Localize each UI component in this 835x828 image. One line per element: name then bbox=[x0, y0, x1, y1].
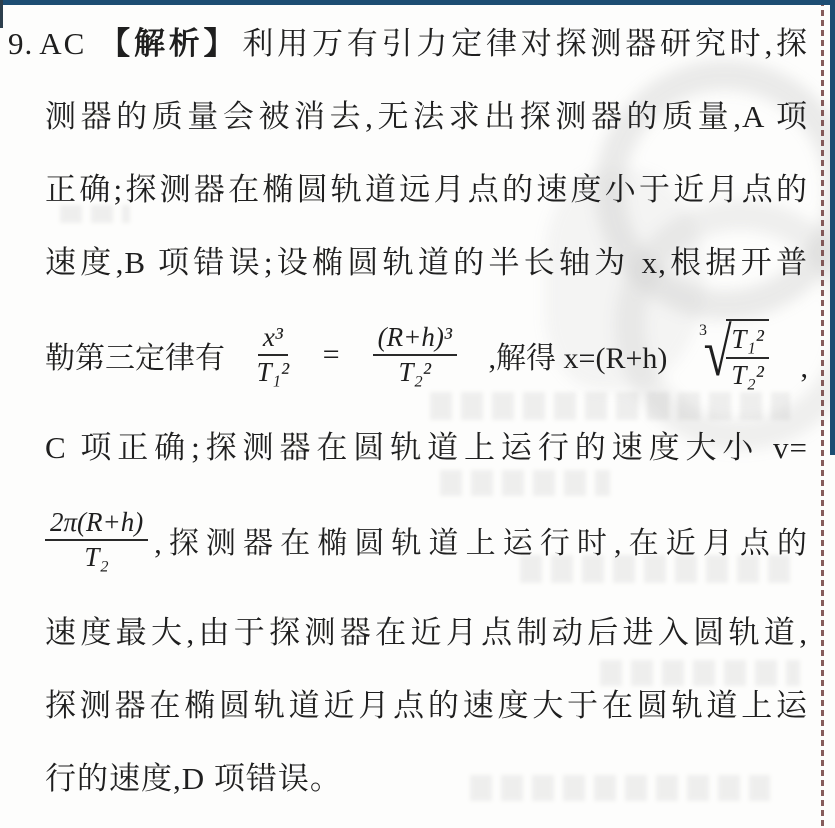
formula-rest-text: ,探测器在椭圆轨道上运行时,在近月点的 bbox=[154, 518, 808, 562]
column-divider-dashed-line bbox=[821, 0, 824, 828]
fraction-2piRh-T2: 2π(R+h)T₂ bbox=[45, 507, 148, 573]
velocity-formula-line: 2π(R+h)T₂ ,探测器在椭圆轨道上运行时,在近月点的 bbox=[8, 484, 808, 596]
fraction-x3-T1: x³T₁² bbox=[257, 322, 290, 388]
solution-line-1: 9.AC【解析】利用万有引力定律对探测器研究时,探 bbox=[8, 7, 808, 80]
solution-text-block: 9.AC【解析】利用万有引力定律对探测器研究时,探 测器的质量会被消去,无法求出… bbox=[8, 7, 808, 815]
scan-right-edge bbox=[830, 0, 835, 455]
solution-line-4: 速度,B 项错误;设椭圆轨道的半长轴为 x,根据开普 bbox=[8, 226, 808, 299]
radical-sign-icon: √ bbox=[704, 318, 732, 386]
line-text: 利用万有引力定律对探测器研究时,探 bbox=[242, 26, 808, 61]
solution-line-2: 测器的质量会被消去,无法求出探测器的质量,A 项 bbox=[8, 80, 808, 153]
answer-letters: AC bbox=[39, 26, 86, 61]
kepler-formula-line: 勒第三定律有 x³T₁² = (R+h)³T₂² ,解得 x=(R+h) 3 √… bbox=[8, 299, 808, 411]
scanned-answer-page: 9.AC【解析】利用万有引力定律对探测器研究时,探 测器的质量会被消去,无法求出… bbox=[0, 0, 835, 828]
scan-left-edge-mark bbox=[0, 0, 3, 28]
fraction-Rh3-T2: (R+h)³T₂² bbox=[373, 322, 457, 388]
solve-text: ,解得 x=(R+h) bbox=[489, 333, 668, 377]
solution-line-10: 行的速度,D 项错误。 bbox=[8, 742, 808, 815]
trailing-comma: , bbox=[800, 351, 808, 385]
fraction-T1-T2: T₁²T₂² bbox=[726, 319, 769, 390]
solution-line-9: 探测器在椭圆轨道近月点的速度大于在圆轨道上运 bbox=[8, 669, 808, 742]
analysis-label: 【解析】 bbox=[96, 26, 238, 61]
problem-number: 9. bbox=[8, 26, 33, 61]
solution-line-8: 速度最大,由于探测器在近月点制动后进入圆轨道, bbox=[8, 596, 808, 669]
cube-root-expression: 3 √ T₁²T₂² bbox=[699, 318, 769, 392]
solution-line-3: 正确;探测器在椭圆轨道远月点的速度小于近月点的 bbox=[8, 153, 808, 226]
scan-top-edge bbox=[0, 0, 835, 5]
formula-prefix: 勒第三定律有 bbox=[45, 333, 225, 377]
equals-sign: = bbox=[321, 338, 341, 372]
solution-line-6: C 项正确;探测器在圆轨道上运行的速度大小 v= bbox=[8, 411, 808, 484]
